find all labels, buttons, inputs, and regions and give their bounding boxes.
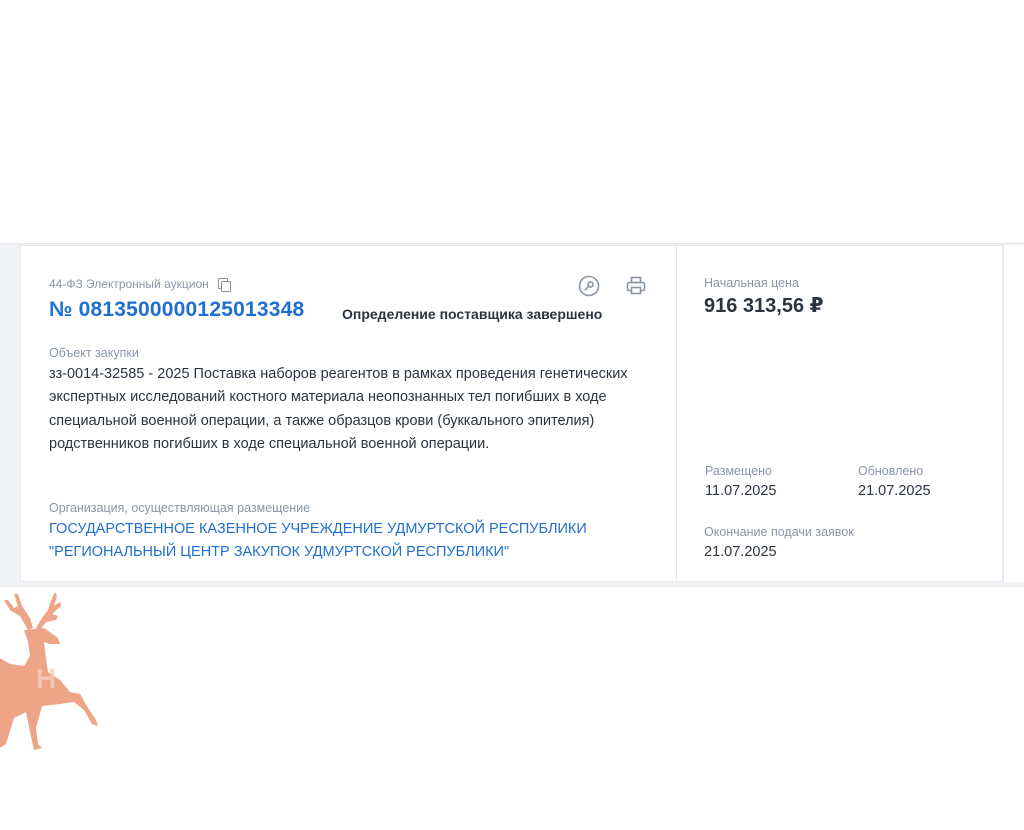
updated-label: Обновлено <box>858 464 923 478</box>
card-divider <box>676 246 677 581</box>
status-badge: Определение поставщика завершено <box>342 306 602 322</box>
next-card-edge <box>1003 245 1024 582</box>
organization-link[interactable]: ГОСУДАРСТВЕННОЕ КАЗЕННОЕ УЧРЕЖДЕНИЕ УДМУ… <box>49 518 639 564</box>
svg-text:Н: Н <box>36 663 56 694</box>
procurement-type: 44-ФЗ Электронный аукцион <box>49 277 231 291</box>
deer-logo-icon: Н <box>0 588 105 758</box>
object-label: Объект закупки <box>49 346 139 360</box>
object-description: зз-0014-32585 - 2025 Поставка наборов ре… <box>49 363 639 457</box>
price-label: Начальная цена <box>704 276 799 290</box>
initial-price: 916 313,56 ₽ <box>704 293 824 318</box>
procurement-number-link[interactable]: № 0813500000125013348 <box>49 298 304 322</box>
organization-label: Организация, осуществляющая размещение <box>49 501 310 515</box>
posted-date: 11.07.2025 <box>705 483 777 499</box>
procurement-card: 44-ФЗ Электронный аукцион № 081350000012… <box>20 245 1003 582</box>
deadline-date: 21.07.2025 <box>704 544 777 560</box>
posted-label: Размещено <box>705 464 772 478</box>
updated-date: 21.07.2025 <box>858 483 931 499</box>
key-icon[interactable] <box>578 275 600 297</box>
print-icon[interactable] <box>625 275 647 297</box>
copy-icon[interactable] <box>217 277 231 291</box>
deadline-label: Окончание подачи заявок <box>704 525 854 539</box>
procurement-type-label: 44-ФЗ Электронный аукцион <box>49 277 209 291</box>
